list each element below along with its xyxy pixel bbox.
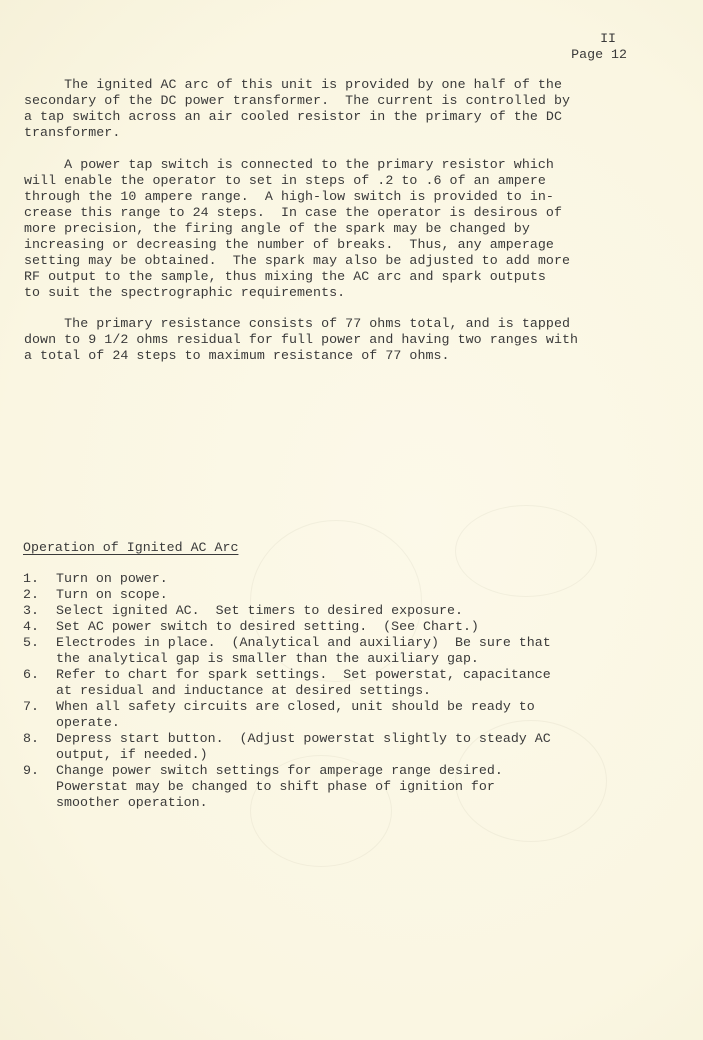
list-item: 7.When all safety circuits are closed, u… — [23, 699, 551, 731]
step-number: 9. — [23, 763, 56, 811]
step-number: 5. — [23, 635, 56, 667]
paragraph-primary-resistance: The primary resistance consists of 77 oh… — [24, 316, 664, 364]
step-number: 2. — [23, 587, 56, 603]
step-text: Change power switch settings for amperag… — [56, 763, 503, 811]
step-number: 6. — [23, 667, 56, 699]
step-number: 3. — [23, 603, 56, 619]
list-item: 6.Refer to chart for spark settings. Set… — [23, 667, 551, 699]
paragraph-power-tap-switch: A power tap switch is connected to the p… — [24, 157, 664, 301]
page-header: II Page 12 — [571, 31, 627, 62]
list-item: 4.Set AC power switch to desired setting… — [23, 619, 551, 635]
list-item: 1.Turn on power. — [23, 571, 551, 587]
list-item: 9.Change power switch settings for amper… — [23, 763, 551, 811]
step-number: 7. — [23, 699, 56, 731]
step-text: Depress start button. (Adjust powerstat … — [56, 731, 551, 763]
step-text: Select ignited AC. Set timers to desired… — [56, 603, 463, 619]
list-item: 2.Turn on scope. — [23, 587, 551, 603]
section-number: II — [571, 31, 627, 47]
list-item: 8.Depress start button. (Adjust powersta… — [23, 731, 551, 763]
step-number: 1. — [23, 571, 56, 587]
step-text: Turn on power. — [56, 571, 168, 587]
list-item: 3.Select ignited AC. Set timers to desir… — [23, 603, 551, 619]
section-heading: Operation of Ignited AC Arc — [23, 540, 238, 556]
document-page: II Page 12 The ignited AC arc of this un… — [0, 0, 703, 1040]
list-item: 5.Electrodes in place. (Analytical and a… — [23, 635, 551, 667]
step-text: Turn on scope. — [56, 587, 168, 603]
step-text: Set AC power switch to desired setting. … — [56, 619, 479, 635]
paragraph-ac-arc-intro: The ignited AC arc of this unit is provi… — [24, 77, 664, 141]
page-number: Page 12 — [571, 47, 627, 62]
step-number: 4. — [23, 619, 56, 635]
step-number: 8. — [23, 731, 56, 763]
step-text: Refer to chart for spark settings. Set p… — [56, 667, 551, 699]
step-text: When all safety circuits are closed, uni… — [56, 699, 535, 731]
operation-steps-list: 1.Turn on power. 2.Turn on scope. 3.Sele… — [23, 571, 551, 811]
step-text: Electrodes in place. (Analytical and aux… — [56, 635, 551, 667]
